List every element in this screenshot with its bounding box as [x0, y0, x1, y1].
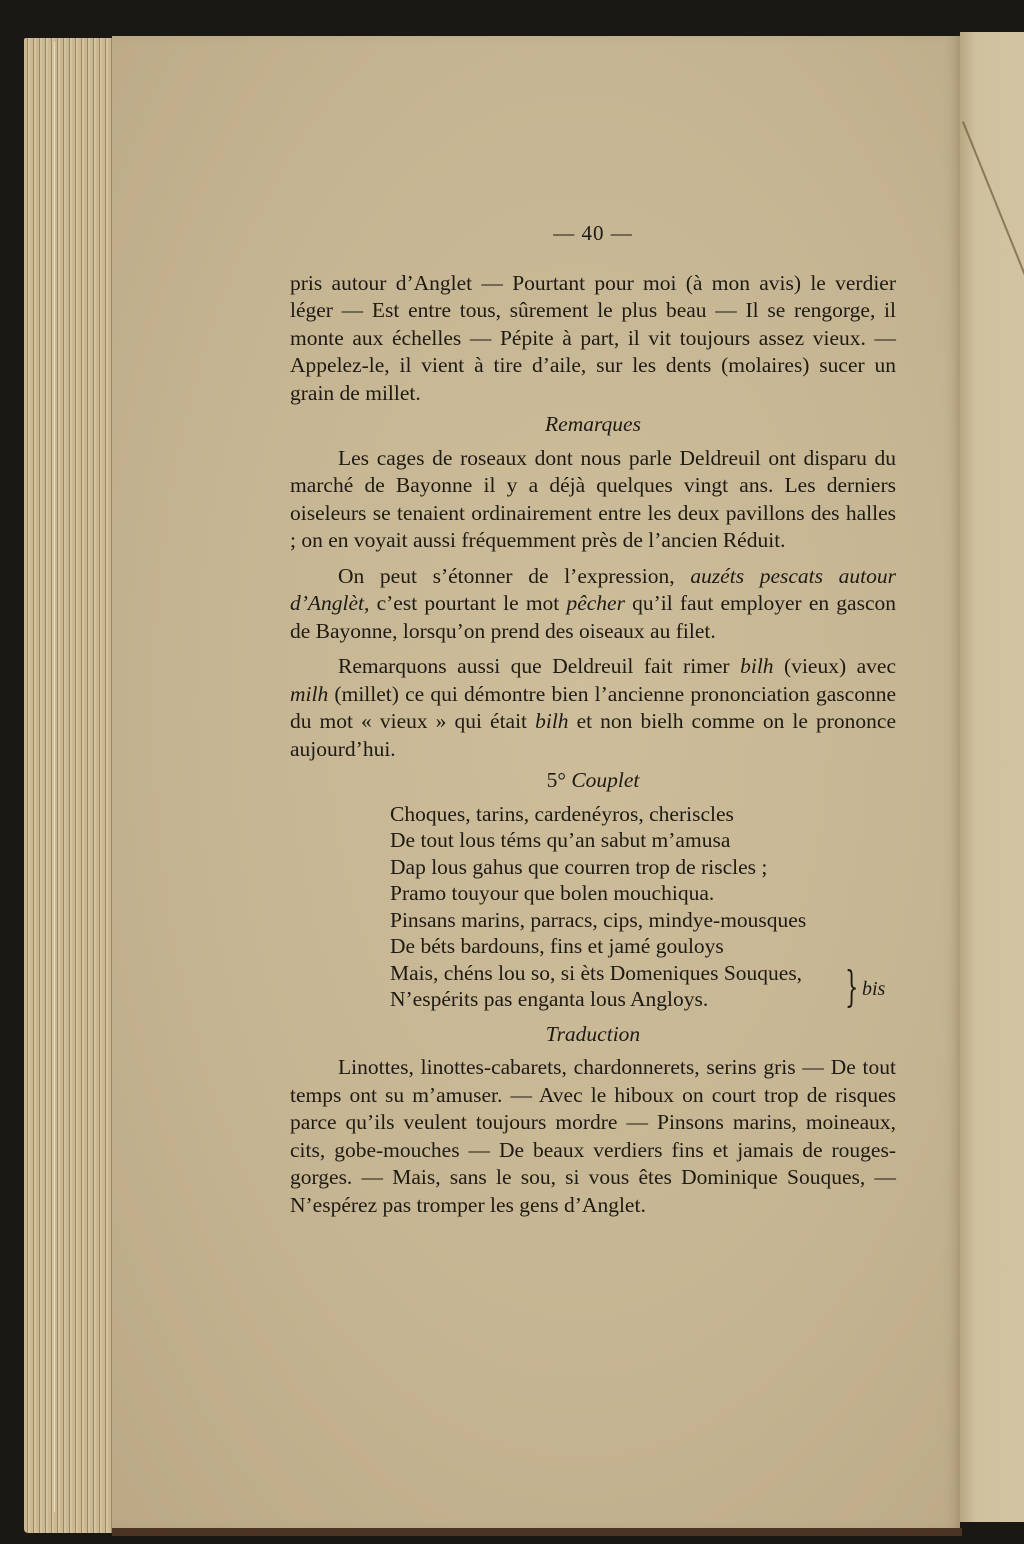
couplet-title: Couplet: [571, 768, 639, 792]
italic-word: bilh: [740, 654, 773, 678]
facing-page: [960, 32, 1024, 1522]
opening-paragraph: pris autour d’Anglet — Pourtant pour moi…: [290, 270, 896, 408]
italic-word: bilh: [535, 709, 568, 733]
traduction-heading: Traduction: [290, 1021, 896, 1049]
paper-crease: [962, 121, 1024, 307]
verse-line: Dap lous gahus que courren trop de riscl…: [390, 854, 896, 881]
verse-block: Choques, tarins, cardenéyros, cheriscles…: [390, 801, 896, 1013]
verse-line: Choques, tarins, cardenéyros, cheriscles: [390, 801, 896, 828]
couplet-heading: 5° Couplet: [290, 767, 896, 795]
page-number: — 40 —: [290, 220, 896, 248]
couplet-number: 5°: [547, 768, 566, 792]
text-run: Remarquons aussi que Deldreuil fait rime…: [338, 654, 740, 678]
brace-icon: }: [845, 966, 858, 1008]
text-run: On peut s’étonner de l’expression,: [338, 564, 690, 588]
remarques-paragraph-3: Remarquons aussi que Deldreuil fait rime…: [290, 653, 896, 763]
text-run: , c’est pourtant le mot: [364, 591, 566, 615]
remarques-paragraph-2: On peut s’étonner de l’expression, auzét…: [290, 563, 896, 646]
page-stack-edges: [24, 38, 114, 1533]
repeated-lines-group: Mais, chéns lou so, si èts Domeniques So…: [390, 960, 896, 1013]
traduction-paragraph: Linottes, linottes-cabarets, chardonnere…: [290, 1054, 896, 1219]
text-run: (vieux) avec: [774, 654, 896, 678]
repeat-mark: bis: [862, 976, 885, 1004]
verse-line: De tout lous téms qu’an sabut m’amusa: [390, 827, 896, 854]
remarques-paragraph-1: Les cages de roseaux dont nous parle Del…: [290, 445, 896, 555]
italic-word: milh: [290, 682, 328, 706]
page-text-block: — 40 — pris autour d’Anglet — Pourtant p…: [290, 220, 896, 1219]
remarques-heading: Remarques: [290, 411, 896, 439]
verse-line: Pramo touyour que bolen mouchiqua.: [390, 880, 896, 907]
verse-line: De béts bardouns, fins et jamé gouloys: [390, 933, 896, 960]
verse-line: Pinsans marins, parracs, cips, mindye-mo…: [390, 907, 896, 934]
verse-line: Mais, chéns lou so, si èts Domeniques So…: [390, 960, 896, 987]
italic-word: pêcher: [566, 591, 625, 615]
verse-line: N’espérits pas enganta lous Angloys.: [390, 986, 896, 1013]
